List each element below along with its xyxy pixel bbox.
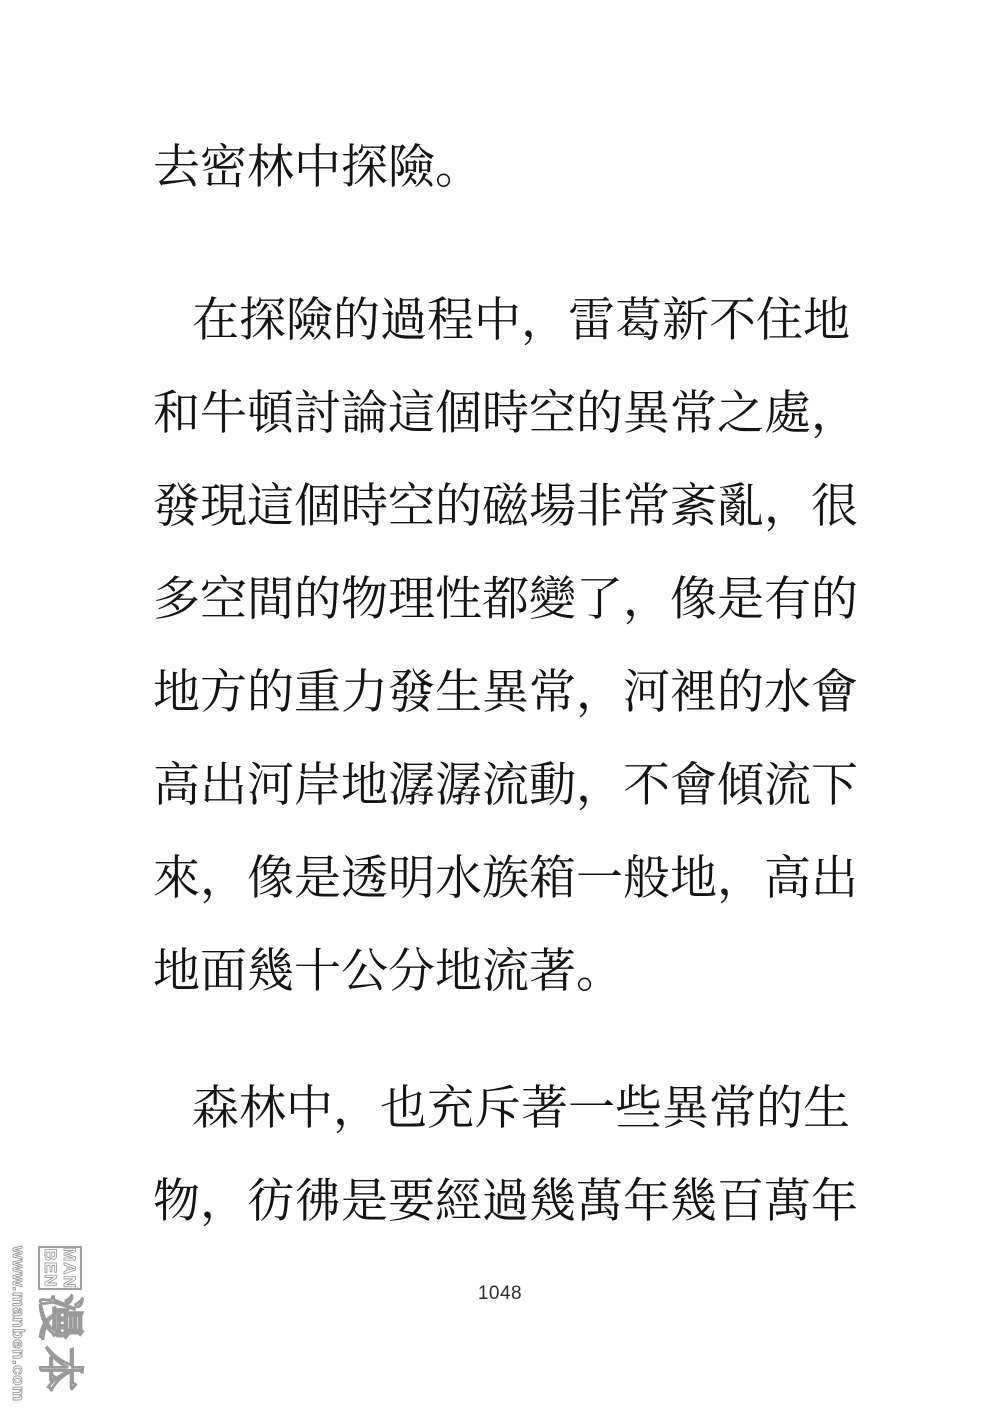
watermark-logo-row: MAN BEN 漫本 <box>34 1246 86 1414</box>
site-watermark: MAN BEN 漫本 www.manben.com <box>4 1246 86 1414</box>
paragraph-3: 森林中，也充斥著一些異常的生 物，彷彿是要經過幾萬年幾百萬年 <box>153 1061 858 1247</box>
watermark-site-url: www.manben.com <box>8 1246 28 1414</box>
page-number: 1048 <box>0 1283 1000 1305</box>
manben-logo-cjk: 漫本 <box>36 1294 84 1398</box>
manben-logo-text-bottom: BEN <box>41 1249 60 1288</box>
paragraph-1: 去密林中探險。 <box>153 120 858 213</box>
book-page: 去密林中探險。 在探險的過程中，雷葛新不住地 和牛頓討論這個時空的異常之處， 發… <box>0 0 1000 1414</box>
manben-logo-box: MAN BEN <box>38 1246 82 1290</box>
paragraph-2: 在探險的過程中，雷葛新不住地 和牛頓討論這個時空的異常之處， 發現這個時空的磁場… <box>153 273 858 1017</box>
manben-logo-text-top: MAN <box>60 1247 79 1289</box>
page-text: 去密林中探險。 在探險的過程中，雷葛新不住地 和牛頓討論這個時空的異常之處， 發… <box>153 120 858 1247</box>
